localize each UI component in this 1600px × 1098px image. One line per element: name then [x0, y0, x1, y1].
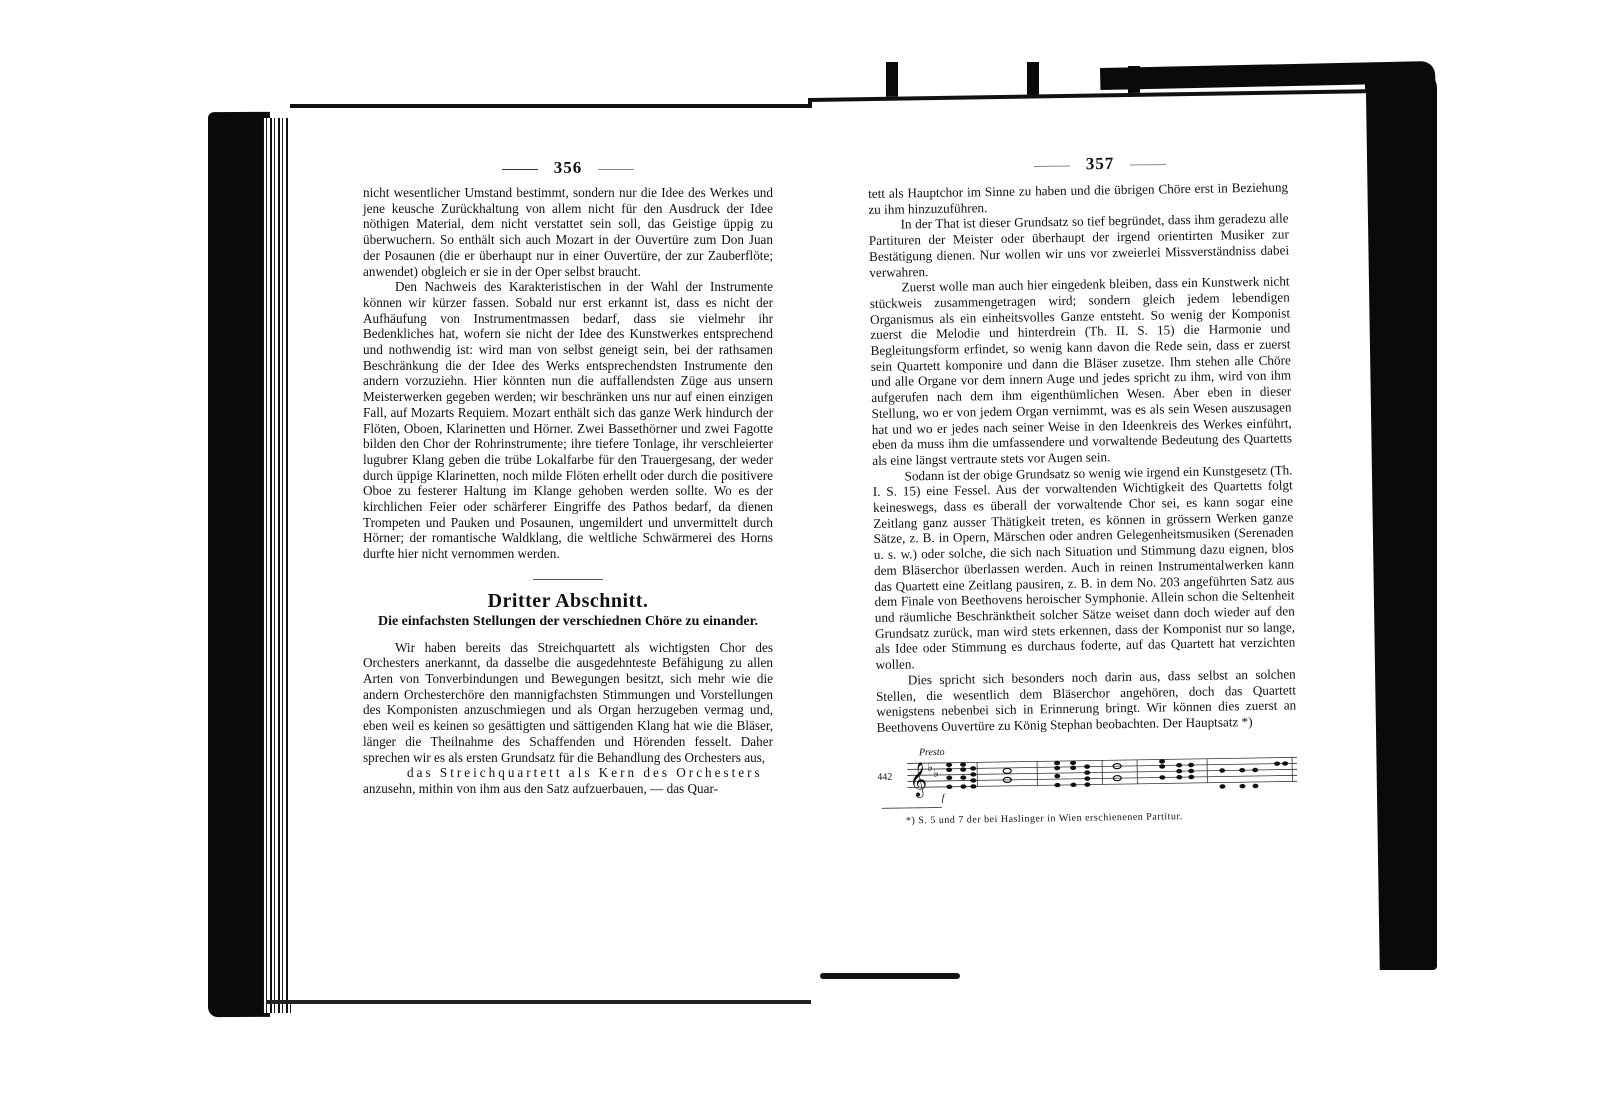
music-example: 442 Presto 𝄞 ♭ ♭ — [877, 735, 1298, 804]
emphasized-principle: das Streichquartett als Kern des Orchest… — [363, 765, 773, 781]
page-number: 356 — [554, 158, 583, 177]
gutter-mark — [808, 98, 812, 108]
section-divider — [533, 579, 603, 580]
svg-text:𝄞: 𝄞 — [909, 762, 927, 798]
bookmark-tab — [886, 62, 898, 98]
footnote-divider — [882, 807, 942, 809]
svg-text:♭: ♭ — [933, 766, 939, 780]
paragraph: Wir haben bereits das Streichquartett al… — [363, 640, 773, 766]
scan-smudge — [820, 973, 960, 979]
section-subtitle: Die einfachsten Stellungen der verschied… — [363, 614, 773, 630]
svg-text:f: f — [942, 792, 946, 803]
music-staff-icon: 𝄞 ♭ ♭ — [907, 745, 1298, 803]
paragraph: Zuerst wolle man auch hier eingedenk ble… — [869, 274, 1292, 469]
page-bottom-edge — [266, 1000, 811, 1004]
header-rule — [502, 169, 538, 170]
paragraph: Sodann ist der obige Grundsatz so wenig … — [872, 462, 1295, 673]
header-rule — [598, 169, 634, 170]
page-stack-edge — [262, 118, 292, 1013]
svg-text:♭: ♭ — [927, 760, 933, 774]
paragraph: In der That ist dieser Grundsatz so tief… — [868, 211, 1289, 280]
left-page-body: nicht wesentlicher Umstand bestimmt, son… — [363, 185, 773, 797]
paragraph-continuation: anzusehn, mithin von ihm aus den Satz au… — [363, 781, 773, 797]
header-rule — [1034, 165, 1070, 167]
book-cover-left-edge — [208, 112, 270, 1017]
left-page-header: 356 — [363, 158, 773, 178]
right-page-body: tett als Hauptchor im Sinne zu haben und… — [868, 179, 1298, 829]
page-number: 357 — [1086, 154, 1115, 173]
example-number: 442 — [877, 769, 892, 785]
paragraph: Dies spricht sich besonders noch darin a… — [876, 666, 1297, 735]
paragraph: nicht wesentlicher Umstand bestimmt, son… — [363, 185, 773, 279]
paragraph: Den Nachweis des Karakteristischen in de… — [363, 279, 773, 562]
header-rule — [1130, 164, 1166, 166]
section-title: Dritter Abschnitt. — [363, 594, 773, 610]
book-spread: 356 nicht wesentlicher Umstand bestimmt,… — [0, 0, 1600, 1098]
bookmark-tab — [1027, 62, 1039, 98]
